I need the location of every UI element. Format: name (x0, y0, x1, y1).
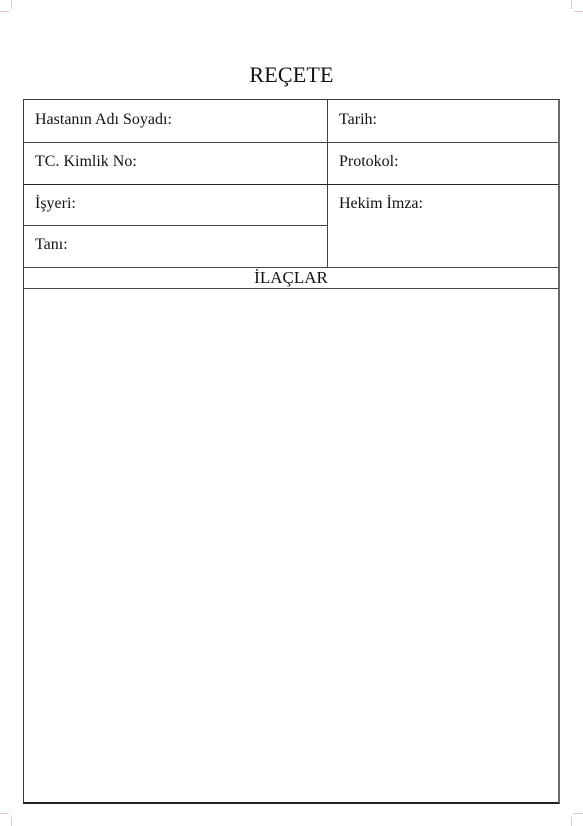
physician-signature-label: Hekim İmza: (339, 195, 423, 213)
crop-mark-bottom-left (11, 817, 12, 826)
crop-mark-bottom-right (574, 813, 583, 814)
medications-area[interactable] (24, 289, 558, 802)
document-title: REÇETE (0, 62, 583, 88)
patient-name-label: Hastanın Adı Soyadı: (35, 111, 172, 129)
medications-header: İLAÇLAR (24, 267, 558, 288)
date-label: Tarih: (339, 111, 377, 129)
crop-mark-top-right (574, 11, 583, 12)
protocol-label: Protokol: (339, 153, 399, 171)
tc-id-label: TC. Kimlik No: (35, 153, 137, 171)
diagnosis-label: Tanı: (35, 236, 68, 254)
diagnosis-field[interactable]: Tanı: (24, 225, 327, 267)
crop-mark-bottom-right (571, 817, 572, 826)
physician-signature-field[interactable]: Hekim İmza: (328, 184, 558, 267)
tc-id-field[interactable]: TC. Kimlik No: (24, 142, 327, 184)
workplace-label: İşyeri: (35, 195, 76, 213)
protocol-field[interactable]: Protokol: (328, 142, 558, 184)
crop-mark-bottom-left (0, 813, 9, 814)
crop-mark-top-right (571, 0, 572, 9)
prescription-form: Hastanın Adı Soyadı: TC. Kimlik No: İşye… (23, 99, 560, 804)
patient-name-field[interactable]: Hastanın Adı Soyadı: (24, 100, 327, 142)
workplace-field[interactable]: İşyeri: (24, 184, 327, 225)
date-field[interactable]: Tarih: (328, 100, 558, 142)
crop-mark-top-left (11, 0, 12, 9)
crop-mark-top-left (0, 11, 9, 12)
